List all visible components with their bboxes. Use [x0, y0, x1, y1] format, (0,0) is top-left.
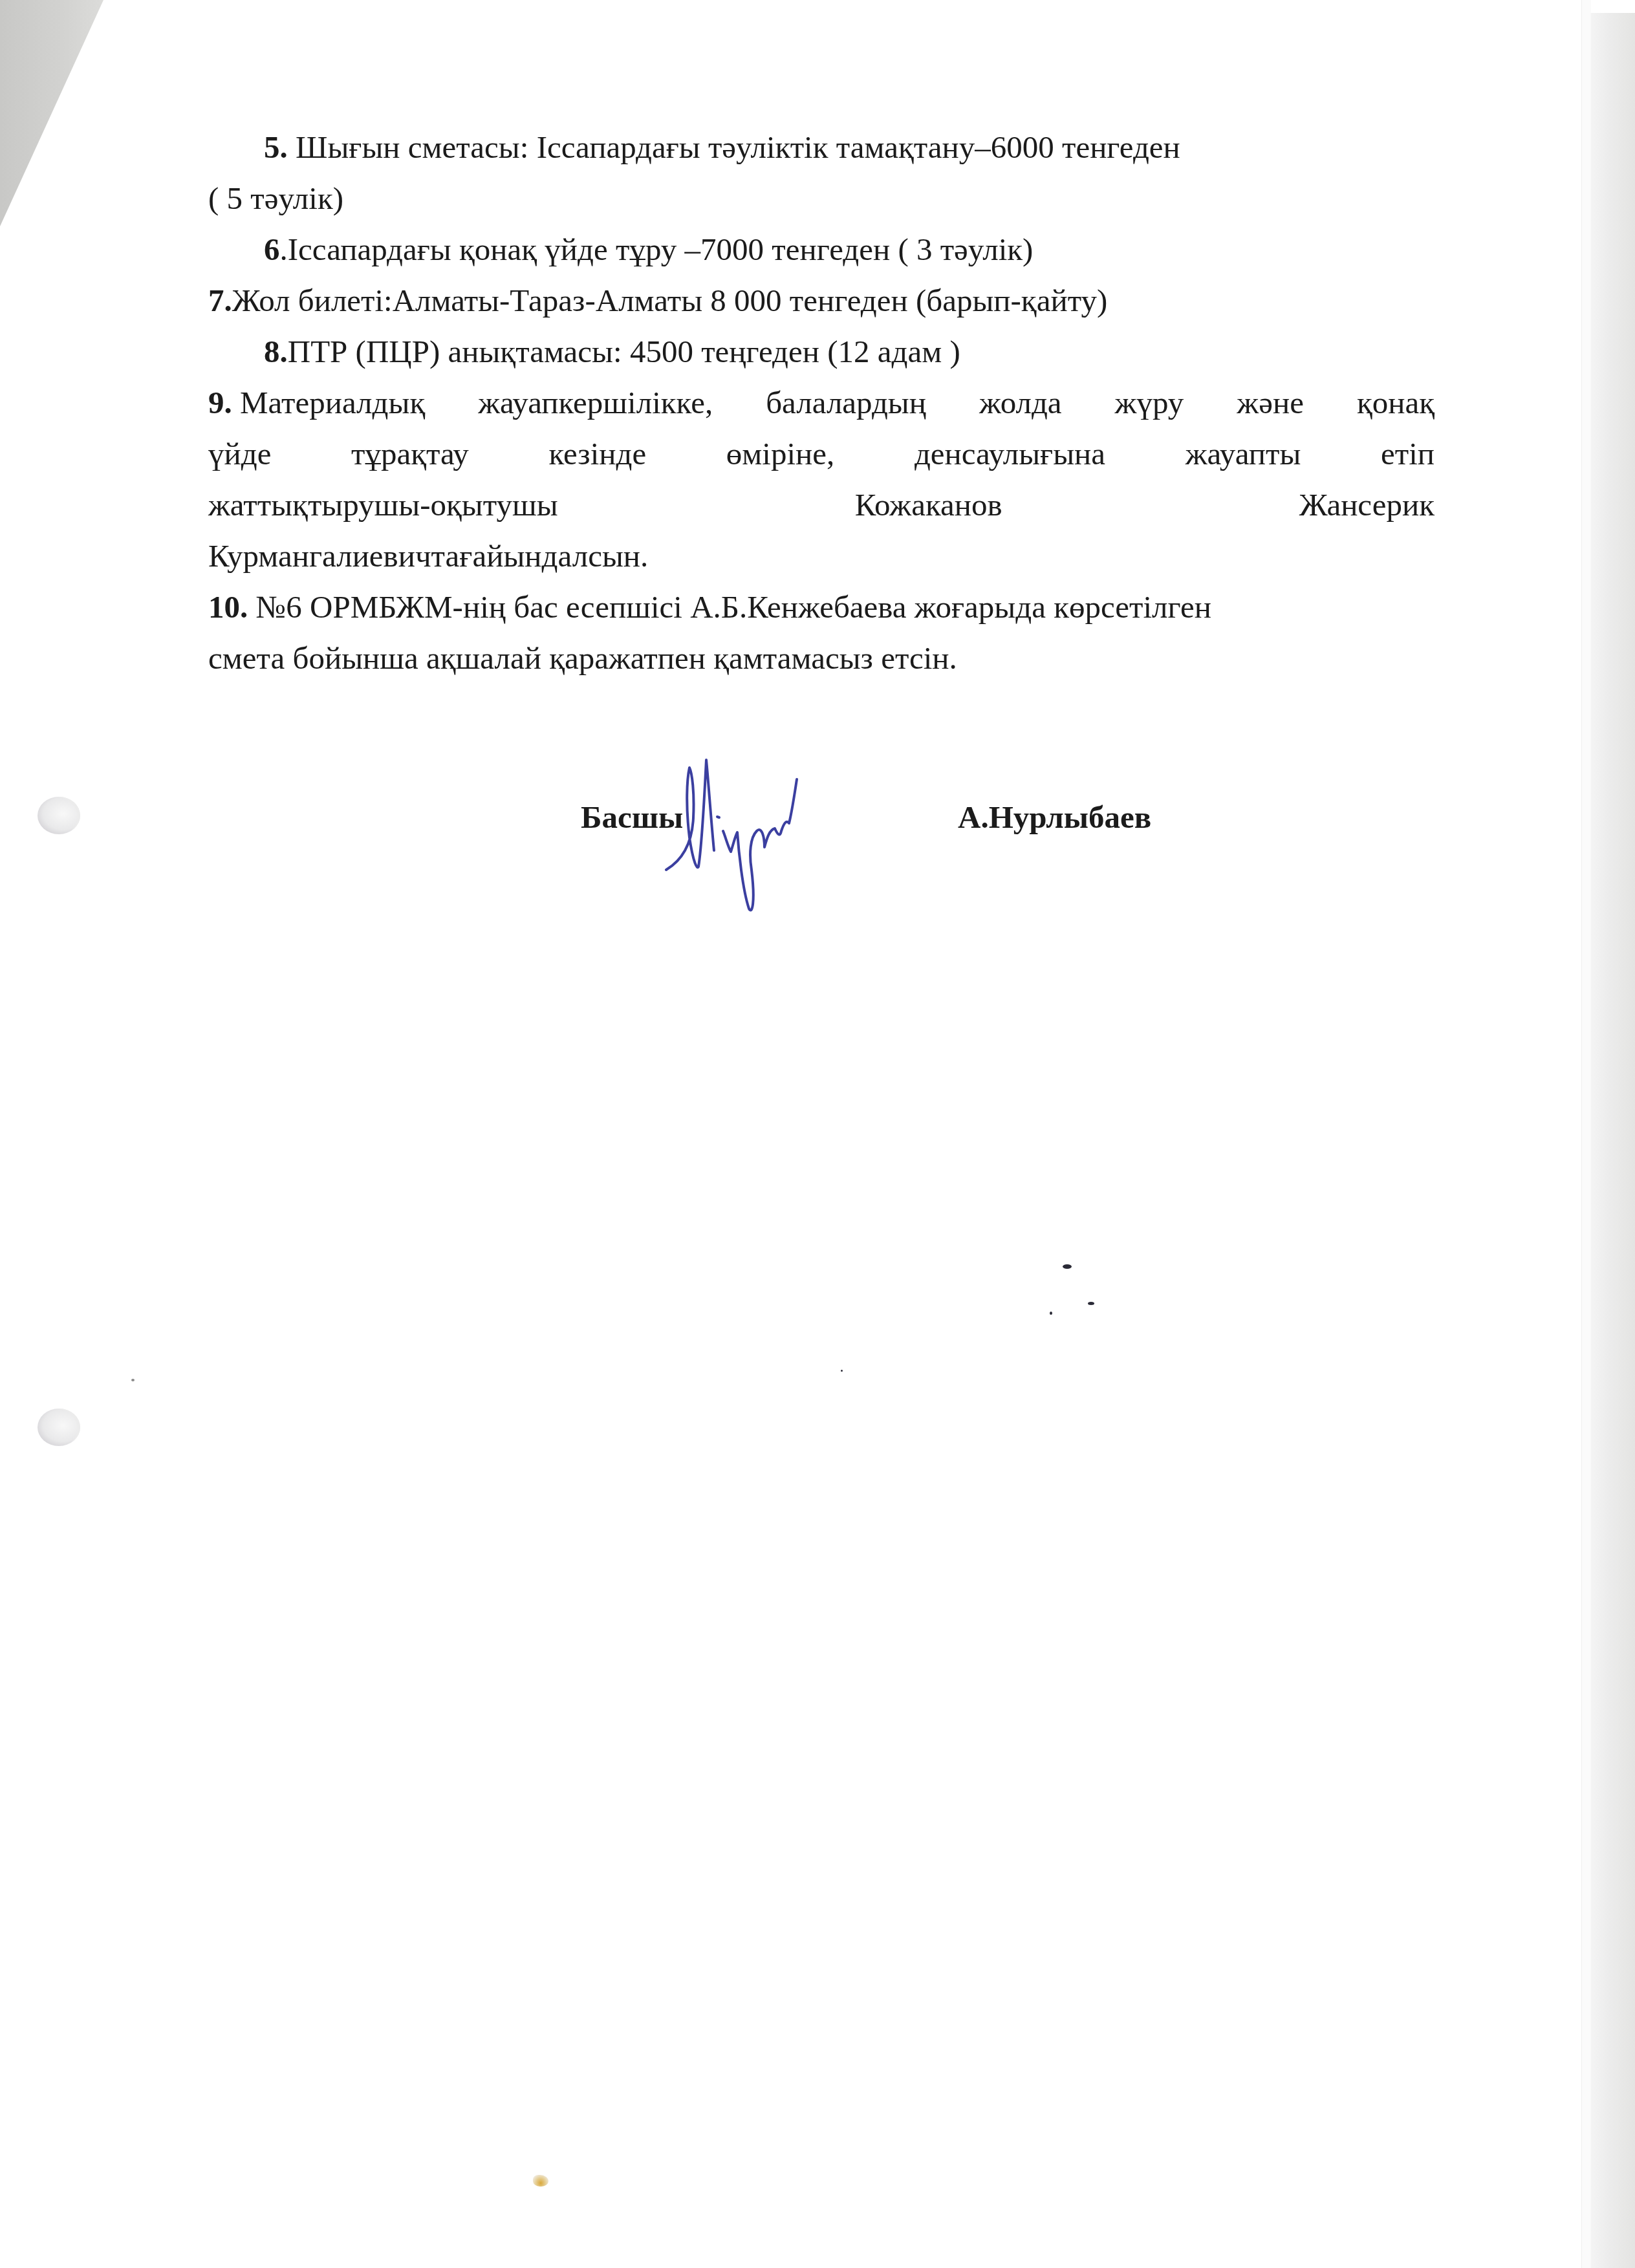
scan-speck — [131, 1379, 135, 1381]
word: жауапкершілікке, — [478, 377, 713, 428]
scan-speck — [1050, 1312, 1052, 1315]
word: үйде — [208, 428, 271, 479]
word: денсаулығына — [915, 428, 1105, 479]
item-5-continuation: ( 5 тәулік) — [208, 173, 1435, 224]
item-number: 8. — [264, 334, 288, 369]
item-number: 7. — [208, 283, 232, 318]
word: тұрақтау — [351, 428, 469, 479]
word: етіп — [1381, 428, 1435, 479]
item-text: Шығын сметасы: Іссапардағы тәуліктік там… — [288, 129, 1180, 165]
item-9-line-3: жаттықтырушы-оқытушы Кожаканов Жансерик — [208, 479, 1435, 530]
item-text: ( 5 тәулік) — [208, 180, 343, 216]
item-number: 6 — [264, 232, 280, 267]
word: жолда — [979, 377, 1062, 428]
item-10: 10. №6 ОРМБЖМ-нің бас есепшісі А.Б.Кенже… — [208, 581, 1435, 632]
punch-hole-icon — [38, 1409, 80, 1446]
word: балалардың — [766, 377, 926, 428]
word: кезінде — [548, 428, 646, 479]
signature-block: Басшы А.Нурлыбаев — [0, 792, 1635, 922]
item-text: ПТР (ПЦР) анықтамасы: 4500 теңгеден (12 … — [288, 334, 960, 369]
scan-speck — [841, 1370, 843, 1372]
signatory-name: А.Нурлыбаев — [958, 799, 1151, 836]
item-text: .Іссапардағы қонақ үйде тұру –7000 тенге… — [280, 232, 1034, 267]
word: Материалдық — [240, 385, 425, 420]
item-9: 9. Материалдық жауапкершілікке, балалард… — [208, 377, 1435, 581]
item-text: Жол билеті:Алматы-Тараз-Алматы 8 000 тен… — [232, 283, 1107, 318]
scan-speck — [1063, 1264, 1072, 1269]
scan-fold-shadow — [0, 0, 103, 226]
item-number: 9. — [208, 385, 232, 420]
item-text: №6 ОРМБЖМ-нің бас есепшісі А.Б.Кенжебаев… — [248, 589, 1211, 625]
item-10-continuation: смета бойынша ақшалай қаражатпен қамтама… — [208, 632, 1435, 684]
word: Жансерик — [1299, 479, 1435, 530]
word: жаттықтырушы-оқытушы — [208, 479, 558, 530]
item-6: 6.Іссапардағы қонақ үйде тұру –7000 тенг… — [208, 224, 1435, 275]
item-number: 5. — [264, 129, 288, 165]
item-5: 5. Шығын сметасы: Іссапардағы тәуліктік … — [208, 122, 1435, 173]
word: және — [1237, 377, 1304, 428]
item-number: 10. — [208, 589, 248, 625]
handwritten-signature-icon — [647, 740, 867, 928]
item-7: 7.Жол билеті:Алматы-Тараз-Алматы 8 000 т… — [208, 275, 1435, 326]
word: жауапты — [1186, 428, 1301, 479]
document-body: 5. Шығын сметасы: Іссапардағы тәуліктік … — [208, 122, 1435, 684]
item-9-line-2: үйде тұрақтау кезінде өміріне, денсаулығ… — [208, 428, 1435, 479]
item-text: смета бойынша ақшалай қаражатпен қамтама… — [208, 640, 957, 676]
item-8: 8.ПТР (ПЦР) анықтамасы: 4500 теңгеден (1… — [208, 326, 1435, 377]
word: жүру — [1115, 377, 1184, 428]
scan-background-edge — [1590, 13, 1635, 2268]
word: өміріне, — [726, 428, 834, 479]
word: қонақ — [1357, 377, 1435, 428]
item-9-line-4: Курмангалиевичтағайындалсын. — [208, 530, 1435, 581]
scan-speck — [1088, 1302, 1094, 1305]
word: Кожаканов — [855, 479, 1002, 530]
scan-stain — [533, 2175, 548, 2187]
item-9-line-1: 9. Материалдық жауапкершілікке, балалард… — [208, 377, 1435, 428]
